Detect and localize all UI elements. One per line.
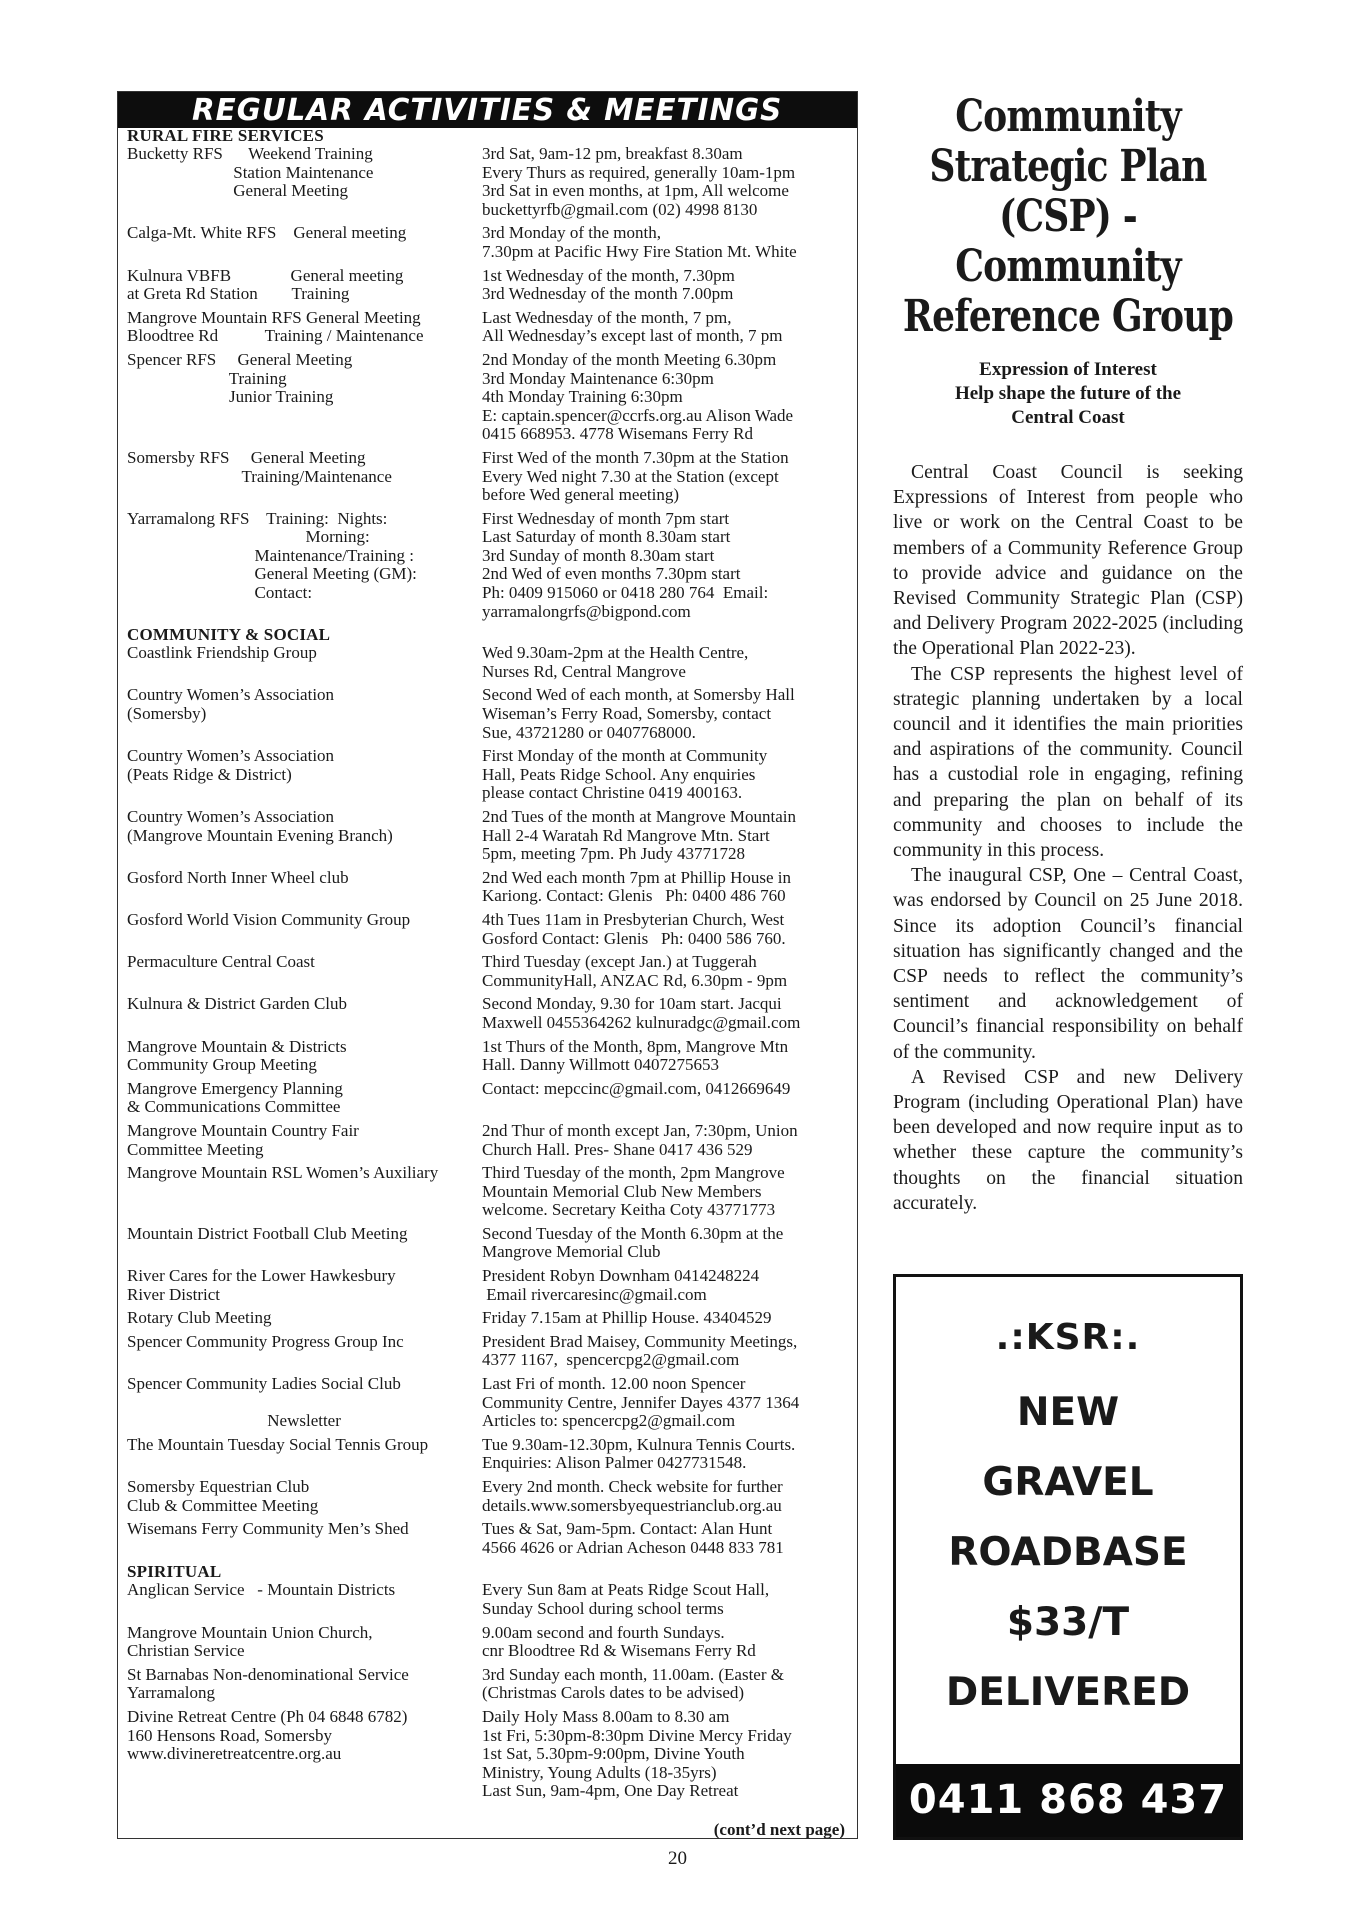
article-paragraph: The CSP represents the highest level of … <box>893 662 1243 864</box>
activity-details: 9.00am second and fourth Sundays. cnr Bl… <box>482 1624 849 1661</box>
activity-row: Anglican Service - Mountain DistrictsEve… <box>127 1581 849 1618</box>
activity-name: Somersby Equestrian Club Club & Committe… <box>127 1478 482 1515</box>
activity-name: Kulnura VBFB General meeting at Greta Rd… <box>127 267 482 304</box>
activity-details: Every Sun 8am at Peats Ridge Scout Hall,… <box>482 1581 849 1618</box>
activity-details: Last Wednesday of the month, 7 pm, All W… <box>482 309 849 346</box>
subtitle-line: Central Coast <box>893 406 1243 430</box>
continued-note: (cont’d next page) <box>127 1821 849 1840</box>
article-subtitle: Expression of Interest Help shape the fu… <box>893 358 1243 430</box>
activity-row: The Mountain Tuesday Social Tennis Group… <box>127 1436 849 1473</box>
activity-row: Coastlink Friendship GroupWed 9.30am-2pm… <box>127 644 849 681</box>
activity-row: Gosford World Vision Community Group4th … <box>127 911 849 948</box>
activity-row: Bucketty RFS Weekend Training Station Ma… <box>127 145 849 219</box>
activity-row: Country Women’s Association (Somersby)Se… <box>127 686 849 742</box>
activity-row: Mangrove Emergency Planning & Communicat… <box>127 1080 849 1117</box>
activity-row: Mangrove Mountain & Districts Community … <box>127 1038 849 1075</box>
activity-row: Somersby Equestrian Club Club & Committe… <box>127 1478 849 1515</box>
activity-row: Mangrove Mountain RSL Women’s AuxiliaryT… <box>127 1164 849 1220</box>
subtitle-line: Help shape the future of the <box>893 382 1243 406</box>
activity-name: Country Women’s Association (Somersby) <box>127 686 482 742</box>
activity-row: Rotary Club MeetingFriday 7.15am at Phil… <box>127 1309 849 1328</box>
activity-row: Mangrove Mountain RFS General Meeting Bl… <box>127 309 849 346</box>
activity-details: First Wednesday of month 7pm start Last … <box>482 510 849 622</box>
activity-details: Second Wed of each month, at Somersby Ha… <box>482 686 849 742</box>
activity-name: Mangrove Emergency Planning & Communicat… <box>127 1080 482 1117</box>
ksr-gravel-advertisement: .:KSR:. NEW GRAVEL ROADBASE $33/T DELIVE… <box>893 1274 1243 1840</box>
activity-row: Divine Retreat Centre (Ph 04 6848 6782) … <box>127 1708 849 1801</box>
activity-name: Spencer Community Progress Group Inc <box>127 1333 482 1370</box>
ad-line: NEW <box>896 1378 1240 1448</box>
ad-line: ROADBASE <box>896 1518 1240 1588</box>
section-rural-fire: RURAL FIRE SERVICES <box>127 127 849 145</box>
section-spiritual: SPIRITUAL <box>127 1563 849 1581</box>
activity-details: Tue 9.30am-12.30pm, Kulnura Tennis Court… <box>482 1436 849 1473</box>
community-list: Coastlink Friendship GroupWed 9.30am-2pm… <box>127 644 849 1557</box>
activity-name: Yarramalong RFS Training: Nights: Mornin… <box>127 510 482 622</box>
ad-line: $33/T <box>896 1588 1240 1658</box>
activity-details: President Brad Maisey, Community Meeting… <box>482 1333 849 1370</box>
article-paragraph: The inaugural CSP, One – Central Coast, … <box>893 863 1243 1065</box>
activity-row: Somersby RFS General Meeting Training/Ma… <box>127 449 849 505</box>
csp-article: Community Strategic Plan (CSP) - Communi… <box>893 92 1243 1216</box>
activity-details: 1st Wednesday of the month, 7.30pm 3rd W… <box>482 267 849 304</box>
activity-row: Permaculture Central CoastThird Tuesday … <box>127 953 849 990</box>
activity-details: 2nd Thur of month except Jan, 7:30pm, Un… <box>482 1122 849 1159</box>
activity-row: Country Women’s Association (Peats Ridge… <box>127 747 849 803</box>
activity-name: River Cares for the Lower Hawkesbury Riv… <box>127 1267 482 1304</box>
ad-phone: 0411 868 437 <box>896 1764 1240 1837</box>
article-title: Community Strategic Plan (CSP) - Communi… <box>892 92 1245 342</box>
activity-details: Last Fri of month. 12.00 noon Spencer Co… <box>482 1375 849 1431</box>
ad-line: DELIVERED <box>896 1658 1240 1728</box>
article-body: Central Coast Council is seeking Express… <box>893 460 1243 1216</box>
activity-name: St Barnabas Non-denominational Service Y… <box>127 1666 482 1703</box>
activity-row: Kulnura VBFB General meeting at Greta Rd… <box>127 267 849 304</box>
activity-name: Divine Retreat Centre (Ph 04 6848 6782) … <box>127 1708 482 1801</box>
rfs-list: Bucketty RFS Weekend Training Station Ma… <box>127 145 849 621</box>
activities-list: RURAL FIRE SERVICES Bucketty RFS Weekend… <box>118 127 857 1840</box>
ad-lines: NEW GRAVEL ROADBASE $33/T DELIVERED <box>896 1378 1240 1728</box>
article-paragraph: Central Coast Council is seeking Express… <box>893 460 1243 662</box>
activity-details: 2nd Wed each month 7pm at Phillip House … <box>482 869 849 906</box>
activity-details: Contact: mepccinc@gmail.com, 0412669649 <box>482 1080 849 1117</box>
activity-row: Wisemans Ferry Community Men’s ShedTues … <box>127 1520 849 1557</box>
activity-row: Spencer RFS General Meeting Training Jun… <box>127 351 849 444</box>
activity-details: Daily Holy Mass 8.00am to 8.30 am 1st Fr… <box>482 1708 849 1801</box>
activity-row: Gosford North Inner Wheel club2nd Wed ea… <box>127 869 849 906</box>
ad-brand: .:KSR:. <box>896 1317 1240 1358</box>
activity-row: Mangrove Mountain Union Church, Christia… <box>127 1624 849 1661</box>
title-line: Community <box>892 92 1245 142</box>
activity-details: 3rd Sat, 9am-12 pm, breakfast 8.30am Eve… <box>482 145 849 219</box>
banner-title: REGULAR ACTIVITIES & MEETINGS <box>192 93 782 128</box>
activity-details: 1st Thurs of the Month, 8pm, Mangrove Mt… <box>482 1038 849 1075</box>
activity-name: Spencer RFS General Meeting Training Jun… <box>127 351 482 444</box>
activity-details: Every 2nd month. Check website for furth… <box>482 1478 849 1515</box>
activity-details: First Wed of the month 7.30pm at the Sta… <box>482 449 849 505</box>
activity-name: Country Women’s Association (Mangrove Mo… <box>127 808 482 864</box>
banner-heading: REGULAR ACTIVITIES & MEETINGS <box>118 92 857 128</box>
activity-name: Spencer Community Ladies Social Club New… <box>127 1375 482 1431</box>
activity-row: Mangrove Mountain Country Fair Committee… <box>127 1122 849 1159</box>
spiritual-list: Anglican Service - Mountain DistrictsEve… <box>127 1581 849 1801</box>
activity-row: Spencer Community Progress Group IncPres… <box>127 1333 849 1370</box>
activity-name: Mangrove Mountain Country Fair Committee… <box>127 1122 482 1159</box>
activity-details: President Robyn Downham 0414248224 Email… <box>482 1267 849 1304</box>
page-number: 20 <box>668 1848 687 1870</box>
activity-name: Mangrove Mountain RFS General Meeting Bl… <box>127 309 482 346</box>
activity-name: Anglican Service - Mountain Districts <box>127 1581 482 1618</box>
activity-name: Wisemans Ferry Community Men’s Shed <box>127 1520 482 1557</box>
activity-details: 4th Tues 11am in Presbyterian Church, We… <box>482 911 849 948</box>
activity-details: Second Monday, 9.30 for 10am start. Jacq… <box>482 995 849 1032</box>
activity-row: St Barnabas Non-denominational Service Y… <box>127 1666 849 1703</box>
activity-name: The Mountain Tuesday Social Tennis Group <box>127 1436 482 1473</box>
activity-details: Tues & Sat, 9am-5pm. Contact: Alan Hunt … <box>482 1520 849 1557</box>
activity-details: Friday 7.15am at Phillip House. 43404529 <box>482 1309 849 1328</box>
activity-details: Wed 9.30am-2pm at the Health Centre, Nur… <box>482 644 849 681</box>
activity-name: Gosford North Inner Wheel club <box>127 869 482 906</box>
activity-name: Bucketty RFS Weekend Training Station Ma… <box>127 145 482 219</box>
article-paragraph: A Revised CSP and new Delivery Program (… <box>893 1065 1243 1216</box>
activity-row: Calga-Mt. White RFS General meeting3rd M… <box>127 224 849 261</box>
activity-name: Mangrove Mountain Union Church, Christia… <box>127 1624 482 1661</box>
title-line: (CSP) - Community <box>892 192 1245 292</box>
activity-name: Calga-Mt. White RFS General meeting <box>127 224 482 261</box>
activity-details: Second Tuesday of the Month 6.30pm at th… <box>482 1225 849 1262</box>
activity-name: Country Women’s Association (Peats Ridge… <box>127 747 482 803</box>
activity-details: 3rd Sunday each month, 11.00am. (Easter … <box>482 1666 849 1703</box>
activity-row: Kulnura & District Garden ClubSecond Mon… <box>127 995 849 1032</box>
title-line: Reference Group <box>892 292 1245 342</box>
title-line: Strategic Plan <box>892 142 1245 192</box>
activity-name: Gosford World Vision Community Group <box>127 911 482 948</box>
activity-name: Mangrove Mountain & Districts Community … <box>127 1038 482 1075</box>
activity-row: River Cares for the Lower Hawkesbury Riv… <box>127 1267 849 1304</box>
activity-details: First Monday of the month at Community H… <box>482 747 849 803</box>
ad-line: GRAVEL <box>896 1448 1240 1518</box>
activity-details: Third Tuesday (except Jan.) at Tuggerah … <box>482 953 849 990</box>
activity-row: Mountain District Football Club MeetingS… <box>127 1225 849 1262</box>
activity-details: 2nd Monday of the month Meeting 6.30pm 3… <box>482 351 849 444</box>
activity-row: Spencer Community Ladies Social Club New… <box>127 1375 849 1431</box>
activity-name: Permaculture Central Coast <box>127 953 482 990</box>
activity-details: Third Tuesday of the month, 2pm Mangrove… <box>482 1164 849 1220</box>
activity-name: Mangrove Mountain RSL Women’s Auxiliary <box>127 1164 482 1220</box>
activity-name: Somersby RFS General Meeting Training/Ma… <box>127 449 482 505</box>
section-community: COMMUNITY & SOCIAL <box>127 626 849 644</box>
subtitle-line: Expression of Interest <box>893 358 1243 382</box>
regular-activities-box: REGULAR ACTIVITIES & MEETINGS RURAL FIRE… <box>117 91 858 1839</box>
activity-details: 2nd Tues of the month at Mangrove Mounta… <box>482 808 849 864</box>
activity-name: Kulnura & District Garden Club <box>127 995 482 1032</box>
activity-name: Coastlink Friendship Group <box>127 644 482 681</box>
activity-name: Mountain District Football Club Meeting <box>127 1225 482 1262</box>
activity-row: Country Women’s Association (Mangrove Mo… <box>127 808 849 864</box>
activity-details: 3rd Monday of the month, 7.30pm at Pacif… <box>482 224 849 261</box>
activity-name: Rotary Club Meeting <box>127 1309 482 1328</box>
activity-row: Yarramalong RFS Training: Nights: Mornin… <box>127 510 849 622</box>
